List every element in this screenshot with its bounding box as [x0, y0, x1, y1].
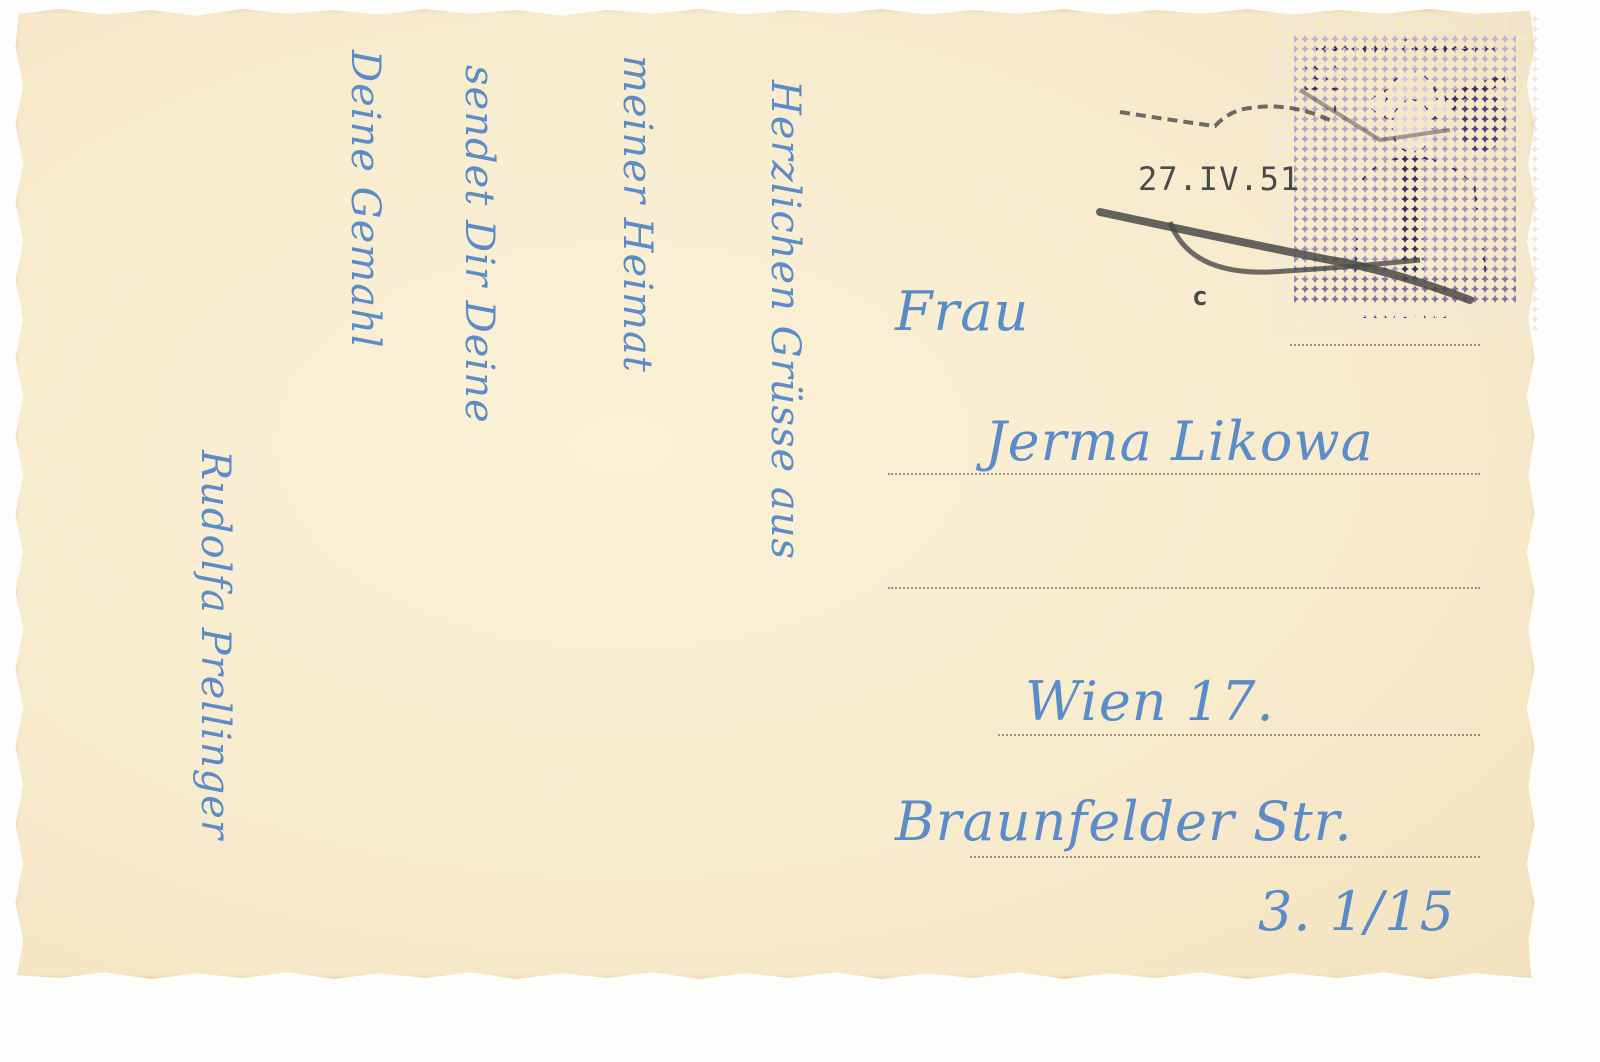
- stamp-image: Republik Österreich 30 g SALZBURG PONGAU: [1294, 34, 1516, 304]
- address-line-1: [1290, 344, 1480, 346]
- message-line-1: Herzlichen Grüsse aus: [762, 80, 808, 560]
- address-line-3: [888, 587, 1480, 589]
- message-line-4: Deine Gemahl: [342, 50, 388, 349]
- address-house-number: 3. 1/15: [1258, 880, 1455, 943]
- stamp-caption: SALZBURG PONGAU: [1294, 312, 1516, 320]
- address-salutation: Frau: [895, 280, 1029, 343]
- address-name: Jerma Likowa: [985, 410, 1374, 473]
- address-line-2: [888, 473, 1480, 475]
- postage-stamp: Republik Österreich 30 g SALZBURG PONGAU: [1270, 14, 1538, 330]
- address-city: Wien 17.: [1025, 670, 1275, 733]
- address-street: Braunfelder Str.: [895, 790, 1353, 853]
- message-line-2: meiner Heimat: [614, 55, 660, 373]
- costumed-woman-illustration-icon: [1294, 34, 1516, 304]
- message-line-3: sendet Dir Deine: [456, 65, 502, 424]
- postmark-date: 27.IV.51: [1138, 160, 1300, 198]
- address-line-5: [970, 856, 1480, 858]
- postmark-letter: c: [1192, 282, 1208, 312]
- address-line-4: [998, 734, 1480, 736]
- message-signature: Rudolfa Prellinger: [192, 450, 238, 840]
